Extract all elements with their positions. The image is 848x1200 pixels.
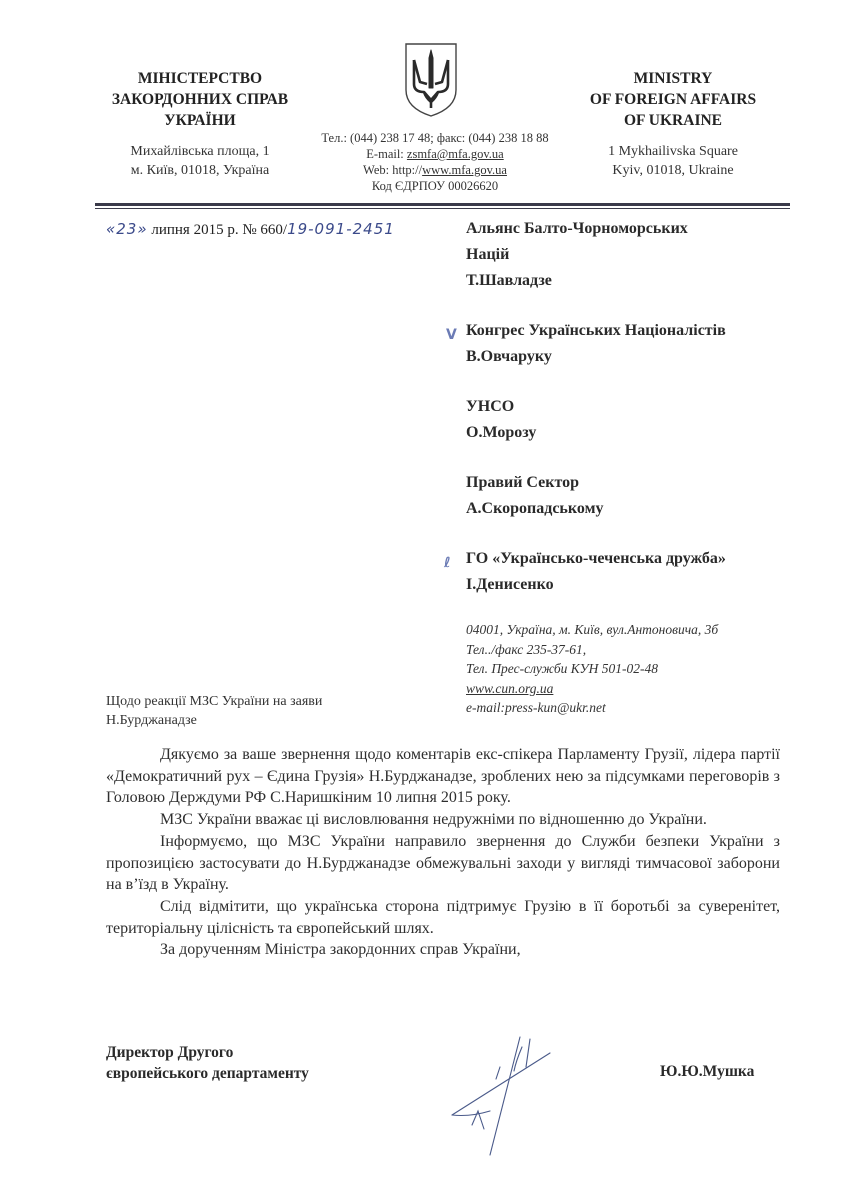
web-label: Web: http:// xyxy=(363,163,422,177)
contact-email: e-mail:press-kun@ukr.net xyxy=(466,698,796,718)
ministry-name-ua-line: УКРАЇНИ xyxy=(92,110,308,131)
header-divider-thin xyxy=(95,208,790,209)
ministry-address-ua: Михайлівська площа, 1 м. Київ, 01018, Ук… xyxy=(92,142,308,180)
handwritten-mark: ℓ xyxy=(444,550,451,576)
recipient-line: Т.Шавладзе xyxy=(466,268,806,294)
recipient-line: Правий Сектор xyxy=(466,470,806,496)
reference-date: липня 2015 р. № 660/ xyxy=(148,222,287,238)
body-paragraph: Дякуємо за ваше звернення щодо коментарі… xyxy=(106,744,780,809)
recipient: Правий Сектор А.Скоропадському xyxy=(466,470,806,522)
subject-line: Щодо реакції МЗС України на заяви xyxy=(106,692,386,711)
recipient-line: ГО «Українсько-чеченська дружба» xyxy=(466,546,806,572)
phone-fax: Тел.: (044) 238 17 48; факс: (044) 238 1… xyxy=(290,130,580,146)
contact-press-phone: Тел. Прес-служби КУН 501-02-48 xyxy=(466,659,796,679)
address-line: 1 Mykhailivska Square xyxy=(568,142,778,161)
ministry-name-ua: МІНІСТЕРСТВО ЗАКОРДОННИХ СПРАВ УКРАЇНИ xyxy=(92,68,308,131)
address-line: м. Київ, 01018, Україна xyxy=(92,161,308,180)
ministry-name-ua-line: ЗАКОРДОННИХ СПРАВ xyxy=(92,89,308,110)
handwritten-signature-icon xyxy=(430,1025,560,1160)
handwritten-day: «23» xyxy=(106,220,148,238)
ministry-name-en: MINISTRY OF FOREIGN AFFAIRS OF UKRAINE xyxy=(568,68,778,131)
tryzub-coat-of-arms-icon xyxy=(400,40,462,120)
recipient-line: І.Денисенко xyxy=(466,572,806,598)
email-link[interactable]: zsmfa@mfa.gov.ua xyxy=(407,147,504,161)
ministry-name-en-line: MINISTRY xyxy=(568,68,778,89)
recipient: УНСО О.Морозу xyxy=(466,394,806,446)
recipient-line: А.Скоропадському xyxy=(466,496,806,522)
signatory-name: Ю.Ю.Мушка xyxy=(660,1063,754,1081)
web-line: Web: http://www.mfa.gov.ua xyxy=(290,162,580,178)
ministry-address-en: 1 Mykhailivska Square Kyiv, 01018, Ukrai… xyxy=(568,142,778,180)
contact-fax: Тел../факс 235-37-61, xyxy=(466,640,796,660)
email-line: E-mail: zsmfa@mfa.gov.ua xyxy=(290,146,580,162)
subject-line: Н.Бурджанадзе xyxy=(106,711,386,730)
signatory-title: Директор Другого європейського департаме… xyxy=(106,1042,309,1084)
recipient-line: В.Овчаруку xyxy=(466,344,806,370)
body-paragraph: Інформуємо, що МЗС України направило зве… xyxy=(106,831,780,896)
letter-subject: Щодо реакції МЗС України на заяви Н.Бурд… xyxy=(106,692,386,730)
letter-body: Дякуємо за ваше звернення щодо коментарі… xyxy=(106,744,780,961)
recipient: V Конгрес Українських Націоналістів В.Ов… xyxy=(466,318,806,370)
recipient-line: Конгрес Українських Націоналістів xyxy=(466,318,806,344)
ministry-name-en-line: OF FOREIGN AFFAIRS xyxy=(568,89,778,110)
signatory-title-line: Директор Другого xyxy=(106,1042,309,1063)
contact-address: 04001, Україна, м. Київ, вул.Антоновича,… xyxy=(466,620,796,640)
handwritten-check-mark: V xyxy=(446,322,457,348)
recipient-line: Націй xyxy=(466,242,806,268)
recipient-line: УНСО xyxy=(466,394,806,420)
recipient-line: О.Морозу xyxy=(466,420,806,446)
ministry-name-en-line: OF UKRAINE xyxy=(568,110,778,131)
registry-code: Код ЄДРПОУ 00026620 xyxy=(290,178,580,194)
web-link[interactable]: www.mfa.gov.ua xyxy=(422,163,507,177)
recipients-list: Альянс Балто-Чорноморських Націй Т.Шавла… xyxy=(466,216,806,622)
recipient: ℓ ГО «Українсько-чеченська дружба» І.Ден… xyxy=(466,546,806,598)
address-line: Kyiv, 01018, Ukraine xyxy=(568,161,778,180)
reference-line: «23» липня 2015 р. № 660/19-091-2451 xyxy=(106,220,395,239)
recipient: Альянс Балто-Чорноморських Націй Т.Шавла… xyxy=(466,216,806,294)
body-paragraph: За дорученням Міністра закордонних справ… xyxy=(106,939,780,961)
address-line: Михайлівська площа, 1 xyxy=(92,142,308,161)
body-paragraph: МЗС України вважає ці висловлювання недр… xyxy=(106,809,780,831)
header-divider xyxy=(95,203,790,206)
recipient-line: Альянс Балто-Чорноморських xyxy=(466,216,806,242)
ministry-name-ua-line: МІНІСТЕРСТВО xyxy=(92,68,308,89)
recipient-contacts: 04001, Україна, м. Київ, вул.Антоновича,… xyxy=(466,620,796,718)
body-paragraph: Слід відмітити, що українська сторона пі… xyxy=(106,896,780,939)
contact-website-link[interactable]: www.cun.org.ua xyxy=(466,679,796,699)
handwritten-number: 19-091-2451 xyxy=(287,220,395,238)
signatory-title-line: європейського департаменту xyxy=(106,1063,309,1084)
ministry-contacts: Тел.: (044) 238 17 48; факс: (044) 238 1… xyxy=(290,130,580,194)
email-label: E-mail: xyxy=(366,147,407,161)
